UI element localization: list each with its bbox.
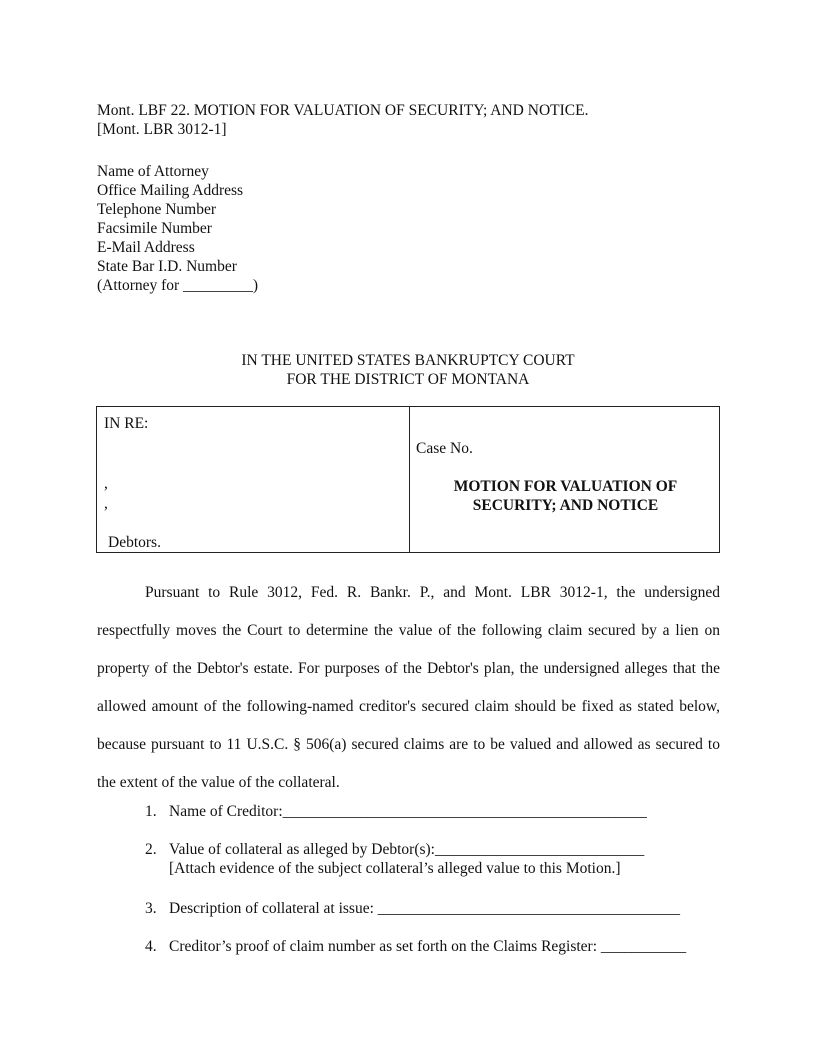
in-re-label: IN RE: bbox=[104, 415, 148, 433]
motion-title-line-2: SECURITY; AND NOTICE bbox=[410, 496, 721, 515]
item-note: [Attach evidence of the subject collater… bbox=[145, 859, 644, 878]
motion-title: MOTION FOR VALUATION OF SECURITY; AND NO… bbox=[410, 477, 721, 515]
item-label: Creditor’s proof of claim number as set … bbox=[169, 938, 601, 955]
collateral-description-blank[interactable]: _______________________________________ bbox=[378, 900, 680, 917]
court-district: FOR THE DISTRICT OF MONTANA bbox=[0, 370, 816, 389]
attorney-info-block: Name of Attorney Office Mailing Address … bbox=[97, 162, 258, 295]
item-label: Value of collateral as alleged by Debtor… bbox=[169, 841, 435, 858]
proof-of-claim-blank[interactable]: ___________ bbox=[601, 938, 686, 955]
attorney-address-line: Office Mailing Address bbox=[97, 181, 258, 200]
item-number: 2. bbox=[145, 840, 169, 859]
attorney-email-line: E-Mail Address bbox=[97, 238, 258, 257]
debtors-label: Debtors. bbox=[108, 534, 161, 552]
item-proof-of-claim: 4.Creditor’s proof of claim number as se… bbox=[145, 937, 686, 956]
item-number: 3. bbox=[145, 899, 169, 918]
case-caption-table: IN RE: , , Debtors. Case No. MOTION FOR … bbox=[96, 406, 720, 553]
court-heading: IN THE UNITED STATES BANKRUPTCY COURT FO… bbox=[0, 351, 816, 389]
item-label: Name of Creditor: bbox=[169, 803, 283, 820]
attorney-for-line: (Attorney for _________) bbox=[97, 276, 258, 295]
court-name: IN THE UNITED STATES BANKRUPTCY COURT bbox=[0, 351, 816, 370]
item-collateral-description: 3.Description of collateral at issue: __… bbox=[145, 899, 680, 918]
debtor-name-line-2: , bbox=[104, 495, 108, 513]
body-line: the extent of the value of the collatera… bbox=[97, 764, 720, 802]
body-line: because pursuant to 11 U.S.C. § 506(a) s… bbox=[97, 726, 720, 764]
rule-reference: [Mont. LBR 3012-1] bbox=[97, 120, 588, 139]
body-line: allowed amount of the following-named cr… bbox=[97, 688, 720, 726]
motion-title-line-1: MOTION FOR VALUATION OF bbox=[410, 477, 721, 496]
case-number-label: Case No. bbox=[416, 440, 473, 458]
attorney-phone-line: Telephone Number bbox=[97, 200, 258, 219]
motion-body-paragraph: Pursuant to Rule 3012, Fed. R. Bankr. P.… bbox=[97, 574, 720, 802]
attorney-fax-line: Facsimile Number bbox=[97, 219, 258, 238]
item-number: 1. bbox=[145, 802, 169, 821]
collateral-value-blank[interactable]: ___________________________ bbox=[435, 841, 644, 858]
body-line: Pursuant to Rule 3012, Fed. R. Bankr. P.… bbox=[97, 574, 720, 612]
attorney-name-line: Name of Attorney bbox=[97, 162, 258, 181]
form-title: Mont. LBF 22. MOTION FOR VALUATION OF SE… bbox=[97, 101, 588, 120]
creditor-name-blank[interactable]: ________________________________________… bbox=[283, 803, 647, 820]
debtor-name-line-1: , bbox=[104, 475, 108, 493]
attorney-bar-id-line: State Bar I.D. Number bbox=[97, 257, 258, 276]
body-line: property of the Debtor's estate. For pur… bbox=[97, 650, 720, 688]
body-line: respectfully moves the Court to determin… bbox=[97, 612, 720, 650]
item-number: 4. bbox=[145, 937, 169, 956]
form-header: Mont. LBF 22. MOTION FOR VALUATION OF SE… bbox=[97, 101, 588, 139]
item-collateral-value: 2.Value of collateral as alleged by Debt… bbox=[145, 840, 644, 878]
item-creditor-name: 1.Name of Creditor:_____________________… bbox=[145, 802, 647, 821]
item-label: Description of collateral at issue: bbox=[169, 900, 378, 917]
